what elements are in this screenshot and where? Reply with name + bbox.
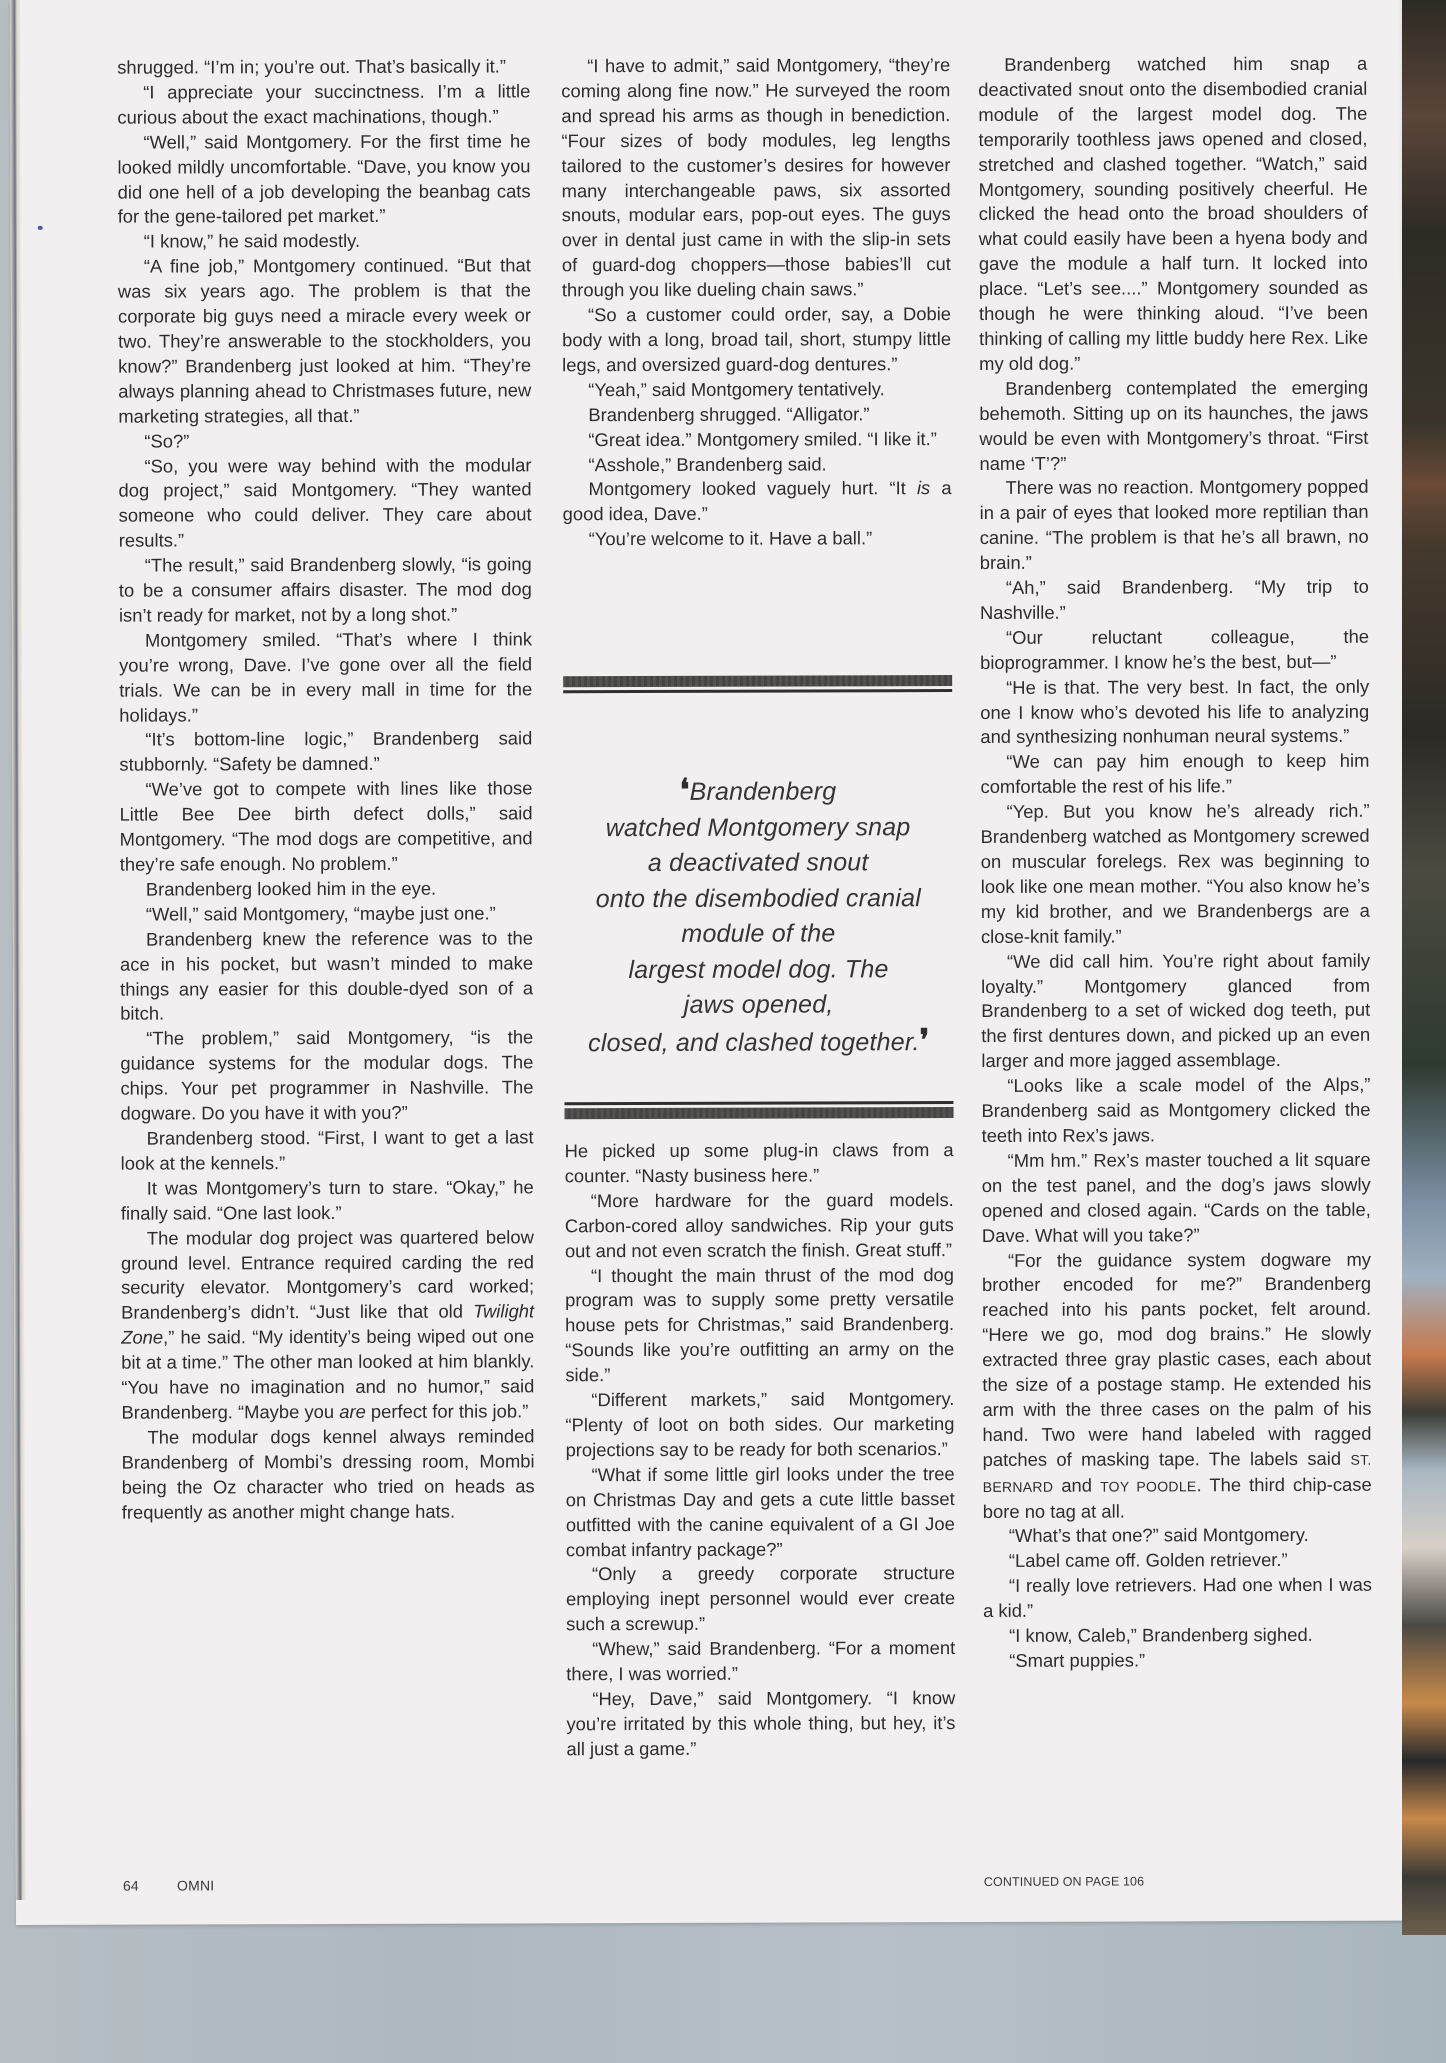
text-run: and <box>1053 1474 1100 1495</box>
text-run: Brandenberg watched him snap a deactivat… <box>978 53 1368 374</box>
text-run: “I know,” he said modestly. <box>144 230 360 252</box>
paragraph: “We can pay him enough to keep him comfo… <box>980 749 1369 800</box>
text-run: The modular dogs kennel always reminded … <box>122 1425 535 1522</box>
text-run: perfect for this job.” <box>366 1400 529 1422</box>
text-run: “Mm hm.” Rex’s master touched a lit squa… <box>982 1149 1371 1246</box>
paragraph: “Different markets,” said Montgomery. “P… <box>565 1387 954 1463</box>
text-column-1: shrugged. “I’m in; you’re out. That’s ba… <box>117 54 535 1525</box>
paragraph: “I really love retrievers. Had one when … <box>983 1573 1372 1624</box>
text-run: “I thought the main thrust of the mod do… <box>565 1264 954 1386</box>
text-run: “I really love retrievers. Had one when … <box>983 1574 1372 1621</box>
page-folio: 64 OMNI <box>123 1877 214 1893</box>
text-run: Brandenberg contemplated the emerging be… <box>979 377 1368 474</box>
text-run: “For the guidance system dogware my brot… <box>982 1248 1372 1469</box>
page-number: 64 <box>123 1878 139 1894</box>
text-run: “I have to admit,” said Montgomery, “the… <box>561 54 951 300</box>
text-run: Montgomery smiled. “That’s where I think… <box>119 628 532 725</box>
rule-thick <box>563 675 952 687</box>
text-column-3: Brandenberg watched him snap a deactivat… <box>978 52 1372 1674</box>
text-column-2-bottom: He picked up some plug-in claws from a c… <box>565 1138 956 1762</box>
text-run: “So, you were way behind with the modula… <box>119 454 532 551</box>
text-run: “We’ve got to compete with lines like th… <box>120 778 533 875</box>
paragraph: Brandenberg contemplated the emerging be… <box>979 376 1368 477</box>
text-run: “I know, Caleb,” Brandenberg sighed. <box>1009 1624 1313 1646</box>
paragraph: “Mm hm.” Rex’s master touched a lit squa… <box>982 1148 1371 1249</box>
paragraph: “I thought the main thrust of the mod do… <box>565 1263 954 1389</box>
paragraph: “What’s that one?” said Montgomery. <box>983 1523 1372 1549</box>
text-run: “Well,” said Montgomery, “maybe just one… <box>146 902 496 924</box>
pull-quote-line: watched Montgomery snap <box>606 813 911 842</box>
paragraph: “I appreciate your succinctness. I’m a l… <box>117 79 530 130</box>
small-caps-label: TOY POODLE <box>1100 1478 1197 1494</box>
paragraph: Brandenberg knew the reference was to th… <box>120 926 533 1027</box>
text-run: “Different markets,” said Montgomery. “P… <box>565 1388 954 1460</box>
text-run: There was no reaction. Montgomery popped… <box>980 476 1369 573</box>
text-run: shrugged. “I’m in; you’re out. That’s ba… <box>117 55 506 77</box>
text-run: “So?” <box>144 430 189 451</box>
paragraph: “Hey, Dave,” said Montgomery. “I know yo… <box>566 1686 955 1762</box>
pull-quote: ❛Brandenbergwatched Montgomery snapa dea… <box>563 772 953 1061</box>
paragraph: “Looks like a scale model of the Alps,” … <box>981 1073 1370 1149</box>
paragraph: It was Montgomery’s turn to stare. “Okay… <box>121 1175 534 1226</box>
text-run: “What if some little girl looks under th… <box>566 1463 955 1560</box>
pull-quote-text: Brandenbergwatched Montgomery snapa deac… <box>588 777 921 1056</box>
paragraph: “He is that. The very best. In fact, the… <box>980 674 1369 750</box>
ink-speck <box>38 226 43 230</box>
paragraph: Montgomery looked vaguely hurt. “It is a… <box>563 476 952 527</box>
paragraph: “A fine job,” Montgomery continued. “But… <box>118 254 532 430</box>
text-run: Brandenberg shrugged. “Alligator.” <box>588 403 869 425</box>
text-run: “What’s that one?” said Montgomery. <box>1009 1524 1309 1546</box>
paragraph: “Yeah,” said Montgomery tentatively. <box>562 377 951 403</box>
pull-quote-line: module of the <box>681 919 835 947</box>
paragraph: “So?” <box>118 428 531 454</box>
paragraph: “The result,” said Brandenberg slowly, “… <box>119 552 532 628</box>
paragraph: There was no reaction. Montgomery popped… <box>980 475 1369 576</box>
continued-note: CONTINUED ON PAGE 106 <box>984 1874 1144 1889</box>
text-run: “Well,” said Montgomery. For the first t… <box>117 130 530 227</box>
paragraph: Brandenberg stood. “First, I want to get… <box>121 1125 534 1176</box>
text-run: “He is that. The very best. In fact, the… <box>980 675 1369 747</box>
paragraph: “I have to admit,” said Montgomery, “the… <box>561 53 951 303</box>
paragraph: “I know,” he said modestly. <box>118 229 531 255</box>
text-run: “It’s bottom-line logic,” Brandenberg sa… <box>119 728 532 775</box>
text-run: “Asshole,” Brandenberg said. <box>588 453 826 475</box>
pull-quote-block: ❛Brandenbergwatched Montgomery snapa dea… <box>563 675 953 1126</box>
paragraph: “Smart puppies.” <box>983 1648 1372 1674</box>
paragraph: Montgomery smiled. “That’s where I think… <box>119 627 532 728</box>
paragraph: “For the guidance system dogware my brot… <box>982 1247 1372 1524</box>
paragraph: “I know, Caleb,” Brandenberg sighed. <box>983 1623 1372 1649</box>
paragraph: Brandenberg watched him snap a deactivat… <box>978 52 1368 377</box>
text-run: “Ah,” said Brandenberg. “My trip to Nash… <box>980 576 1369 623</box>
rule-thin <box>564 1101 953 1105</box>
text-run: “So a customer could order, say, a Dobie… <box>562 303 951 375</box>
paragraph: “Only a greedy corporate structure emplo… <box>566 1561 955 1637</box>
paragraph: “Great idea.” Montgomery smiled. “I like… <box>562 427 951 453</box>
publication-name: OMNI <box>177 1877 214 1893</box>
text-run: “A fine job,” Montgomery continued. “But… <box>118 255 531 427</box>
open-quote-icon: ❛ <box>680 774 690 807</box>
text-run: “Yeah,” said Montgomery tentatively. <box>588 378 885 400</box>
text-run: “You’re welcome to it. Have a ball.” <box>589 528 873 550</box>
text-run: “The result,” said Brandenberg slowly, “… <box>119 553 532 625</box>
paragraph: The modular dog project was quartered be… <box>121 1225 535 1426</box>
text-run: Montgomery looked vaguely hurt. “It <box>589 478 917 500</box>
pull-quote-line: largest model dog. The <box>628 955 888 984</box>
paragraph: “So, you were way behind with the modula… <box>118 453 531 554</box>
close-quote-icon: ❜ <box>920 1024 930 1057</box>
rule-thin <box>563 689 952 693</box>
text-run: The modular dog project was quartered be… <box>121 1226 534 1323</box>
text-run: “Our reluctant colleague, the bioprogram… <box>980 626 1369 673</box>
paragraph: “Well,” said Montgomery. For the first t… <box>117 129 530 230</box>
text-run: Brandenberg knew the reference was to th… <box>120 927 533 1024</box>
paragraph: He picked up some plug-in claws from a c… <box>565 1138 954 1189</box>
paragraph: “Yep. But you know he’s already rich.” B… <box>981 799 1370 950</box>
paragraph: “Asshole,” Brandenberg said. <box>562 452 951 478</box>
text-run: “I appreciate your succinctness. I’m a l… <box>117 80 530 127</box>
rule-thick <box>564 1107 953 1119</box>
paragraph: “You’re welcome to it. Have a ball.” <box>563 526 952 552</box>
text-run: “Smart puppies.” <box>1009 1649 1145 1670</box>
pull-quote-line: Brandenberg <box>689 777 836 805</box>
text-run: “Label came off. Golden retriever.” <box>1009 1549 1288 1571</box>
paragraph: “Well,” said Montgomery, “maybe just one… <box>120 901 533 927</box>
paragraph: “What if some little girl looks under th… <box>566 1462 955 1563</box>
text-run: “More hardware for the guard models. Car… <box>565 1189 954 1261</box>
paragraph: “More hardware for the guard models. Car… <box>565 1188 954 1264</box>
paragraph: shrugged. “I’m in; you’re out. That’s ba… <box>117 54 530 80</box>
text-run: “We did call him. You’re right about fam… <box>981 949 1370 1071</box>
paragraph: “So a customer could order, say, a Dobie… <box>562 302 951 378</box>
pull-quote-rule-top <box>563 675 952 693</box>
text-run: “Whew,” said Brandenberg. “For a moment … <box>566 1637 955 1684</box>
text-run: He picked up some plug-in claws from a c… <box>565 1139 954 1186</box>
paragraph: The modular dogs kennel always reminded … <box>121 1424 534 1525</box>
text-column-2-top: “I have to admit,” said Montgomery, “the… <box>561 53 952 552</box>
paragraph: “We’ve got to compete with lines like th… <box>119 777 532 878</box>
text-run: Brandenberg looked him in the eye. <box>146 878 436 900</box>
pull-quote-rule-bottom <box>564 1101 953 1119</box>
italic-text: is <box>917 478 930 499</box>
text-run: “Yep. But you know he’s already rich.” B… <box>981 800 1370 947</box>
paragraph: “Whew,” said Brandenberg. “For a moment … <box>566 1636 955 1687</box>
paragraph: “We did call him. You’re right about fam… <box>981 948 1370 1074</box>
text-run: “The problem,” said Montgomery, “is the … <box>120 1027 533 1124</box>
paragraph: “Ah,” said Brandenberg. “My trip to Nash… <box>980 575 1369 626</box>
paragraph: “Label came off. Golden retriever.” <box>983 1548 1372 1574</box>
text-run: “We can pay him enough to keep him comfo… <box>980 750 1369 797</box>
text-run: It was Montgomery’s turn to stare. “Okay… <box>121 1176 534 1223</box>
text-run: “Great idea.” Montgomery smiled. “I like… <box>588 428 937 450</box>
paragraph: “Our reluctant colleague, the bioprogram… <box>980 625 1369 676</box>
adjacent-page-photo-edge <box>1402 0 1446 1935</box>
paragraph: “It’s bottom-line logic,” Brandenberg sa… <box>119 727 532 778</box>
paragraph: Brandenberg shrugged. “Alligator.” <box>562 402 951 428</box>
text-run: Brandenberg stood. “First, I want to get… <box>121 1126 534 1173</box>
text-run: “Hey, Dave,” said Montgomery. “I know yo… <box>566 1687 955 1759</box>
pull-quote-line: a deactivated snout <box>648 848 869 877</box>
paragraph: Brandenberg looked him in the eye. <box>120 876 533 902</box>
text-run: “Only a greedy corporate structure emplo… <box>566 1562 955 1634</box>
pull-quote-line: closed, and clashed together. <box>588 1028 920 1057</box>
text-run: “Looks like a scale model of the Alps,” … <box>981 1074 1370 1146</box>
magazine-page: shrugged. “I’m in; you’re out. That’s ba… <box>10 0 1426 1925</box>
pull-quote-line: onto the disembodied cranial <box>596 884 921 913</box>
pull-quote-line: jaws opened, <box>684 990 834 1018</box>
italic-text: are <box>339 1401 366 1422</box>
paragraph: “The problem,” said Montgomery, “is the … <box>120 1026 533 1127</box>
